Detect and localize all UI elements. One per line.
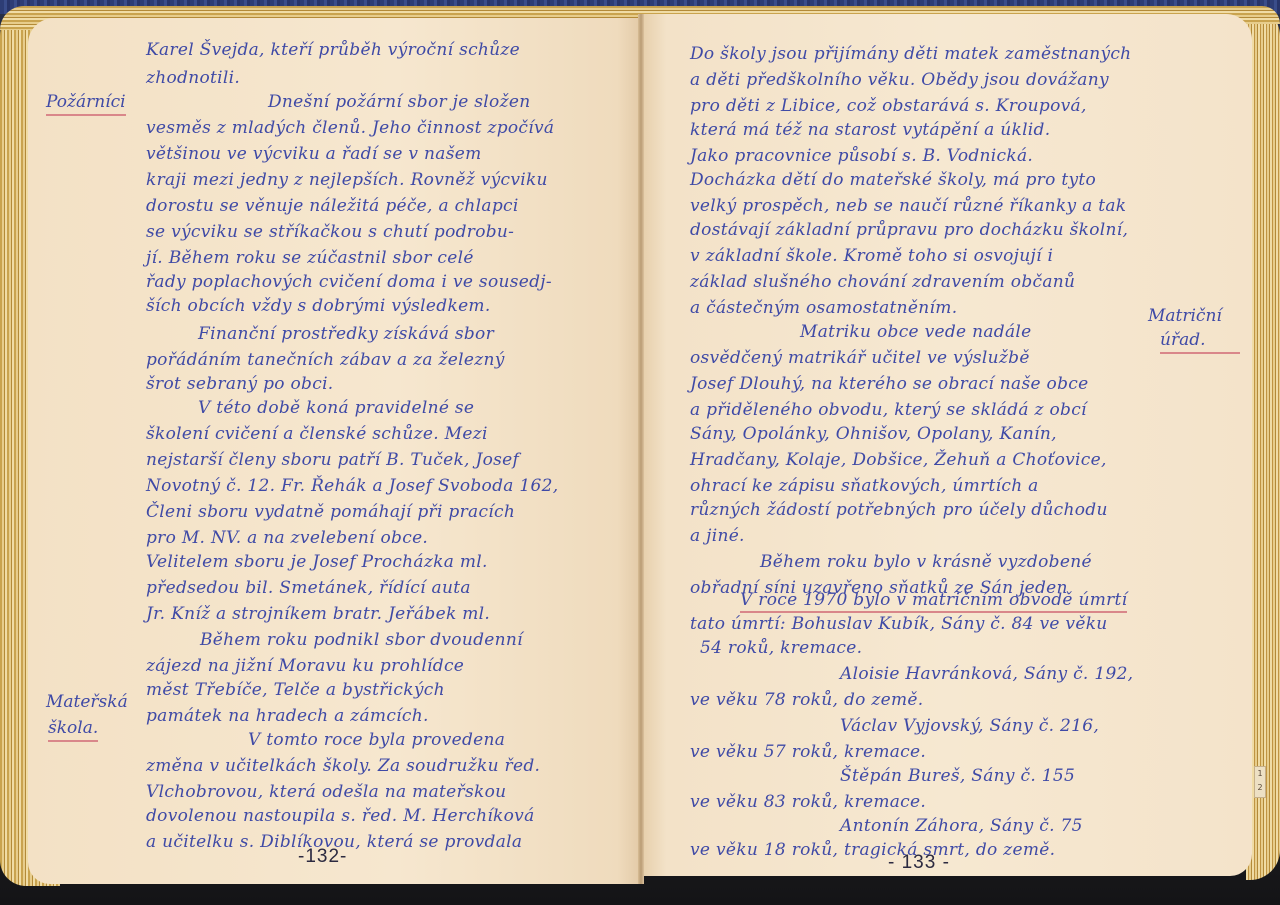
text-line: 54 roků, kremace. [700, 638, 862, 658]
text-line: základ slušného chování zdravením občanů [690, 272, 1075, 292]
text-line: Do školy jsou přijímány děti matek zaměs… [690, 44, 1131, 64]
margin-note-skola: škola. [48, 718, 98, 742]
text-line: Dnešní požární sbor je složen [268, 92, 530, 112]
text-line: ve věku 57 roků, kremace. [690, 742, 926, 762]
text-line: školení cvičení a členské schůze. Mezi [146, 424, 488, 444]
text-line: pro děti z Libice, což obstarává s. Krou… [690, 96, 1087, 116]
margin-note-pozarnici: Požárníci [46, 92, 126, 116]
text-line: v základní škole. Kromě toho si osvojují… [690, 246, 1053, 266]
text-line: šrot sebraný po obci. [146, 374, 334, 394]
page-number-right: - 133 - [888, 852, 950, 874]
text-line: Velitelem sboru je Josef Procházka ml. [146, 552, 488, 572]
text-line: změna v učitelkách školy. Za soudružku ř… [146, 756, 540, 776]
text-line: Během roku bylo v krásně vyzdobené [760, 552, 1092, 572]
text-line: Štěpán Bureš, Sány č. 155 [840, 766, 1075, 786]
text-line: Antonín Záhora, Sány č. 75 [840, 816, 1083, 836]
page-number-left: -132- [298, 846, 347, 868]
text-line: Během roku podnikl sbor dvoudenní [200, 630, 523, 650]
text-line: zájezd na jižní Moravu ku prohlídce [146, 656, 464, 676]
text-line: kraji mezi jedny z nejlepších. Rovněž vý… [146, 170, 548, 190]
text-line: pro M. NV. a na zvelebení obce. [146, 528, 428, 548]
text-line: Hradčany, Kolaje, Dobšice, Žehuň a Choťo… [690, 450, 1107, 470]
text-line: Členi sboru vydatně pomáhají při pracích [146, 502, 515, 522]
text-line: a částečným osamostatněním. [690, 298, 957, 318]
book-gutter [638, 14, 644, 884]
margin-note-matricni: Matriční [1148, 306, 1222, 328]
text-line: Matriku obce vede nadále [800, 322, 1032, 342]
text-line: Docházka dětí do mateřské školy, má pro … [690, 170, 1096, 190]
text-line: řady poplachových cvičení doma i ve sous… [146, 272, 552, 292]
text-line: Vlchobrovou, která odešla na mateřskou [146, 782, 506, 802]
text-line: Jr. Kníž a strojníkem bratr. Jeřábek ml. [146, 604, 490, 624]
text-line: Jako pracovnice působí s. B. Vodnická. [690, 146, 1033, 166]
text-line: Sány, Opolánky, Ohnišov, Opolany, Kanín, [690, 424, 1057, 444]
text-line: pořádáním tanečních zábav a za železný [146, 350, 505, 370]
text-line: V tomto roce byla provedena [248, 730, 505, 750]
text-line: velký prospěch, neb se naučí různé říkan… [690, 196, 1126, 216]
text-line: dorostu se věnuje náležitá péče, a chlap… [146, 196, 519, 216]
text-line: se výcviku se stříkačkou s chutí podrobu… [146, 222, 514, 242]
text-line: Novotný č. 12. Fr. Řehák a Josef Svoboda… [146, 476, 558, 496]
text-line: ohrací ke zápisu sňatkových, úmrtích a [690, 476, 1039, 496]
text-line: Karel Švejda, kteří průběh výroční schůz… [146, 40, 520, 60]
text-line: Václav Vyjovský, Sány č. 216, [840, 716, 1099, 736]
text-line: V této době koná pravidelné se [198, 398, 474, 418]
text-line: ších obcích vždy s dobrými výsledkem. [146, 296, 491, 316]
text-line: a přiděleného obvodu, který se skládá z … [690, 400, 1087, 420]
edge-tab-marker: 1 2 [1254, 766, 1266, 798]
text-line: jí. Během roku se zúčastnil sbor celé [146, 248, 474, 268]
text-line: památek na hradech a zámcích. [146, 706, 429, 726]
text-line: osvědčený matrikář učitel ve výslužbě [690, 348, 1030, 368]
text-line: měst Třebíče, Telče a bystřických [146, 680, 445, 700]
text-line-1970: V roce 1970 bylo v matričním obvodě úmrt… [740, 590, 1127, 613]
text-line: ve věku 83 roků, kremace. [690, 792, 926, 812]
text-line: Josef Dlouhý, na kterého se obrací naše … [690, 374, 1088, 394]
margin-note-urad: úřad. [1160, 330, 1240, 354]
text-line: Finanční prostředky získává sbor [198, 324, 494, 344]
text-line: ve věku 78 roků, do země. [690, 690, 923, 710]
text-line: dovolenou nastoupila s. řed. M. Herchíko… [146, 806, 535, 826]
text-line: různých žádostí potřebných pro účely důc… [690, 500, 1108, 520]
text-line: která má též na starost vytápění a úklid… [690, 120, 1050, 140]
text-line: zhodnotili. [146, 68, 240, 88]
margin-note-materska: Mateřská [46, 692, 128, 714]
text-line: tato úmrtí: Bohuslav Kubík, Sány č. 84 v… [690, 614, 1108, 634]
book-photo: 1 2 Požárníci Mateřská škola. Karel Švej… [0, 0, 1280, 905]
text-line: a děti předškolního věku. Obědy jsou dov… [690, 70, 1109, 90]
text-line: a jiné. [690, 526, 745, 546]
text-line: dostávají základní průpravu pro docházku… [690, 220, 1128, 240]
text-line: většinou ve výcviku a řadí se v našem [146, 144, 482, 164]
text-line: předsedou bil. Smetánek, řídící auta [146, 578, 471, 598]
text-line: Aloisie Havránková, Sány č. 192, [840, 664, 1133, 684]
text-line: vesměs z mladých členů. Jeho činnost zpo… [146, 118, 554, 138]
text-line: ve věku 18 roků, tragická smrt, do země. [690, 840, 1055, 860]
text-line: nejstarší členy sboru patří B. Tuček, Jo… [146, 450, 519, 470]
